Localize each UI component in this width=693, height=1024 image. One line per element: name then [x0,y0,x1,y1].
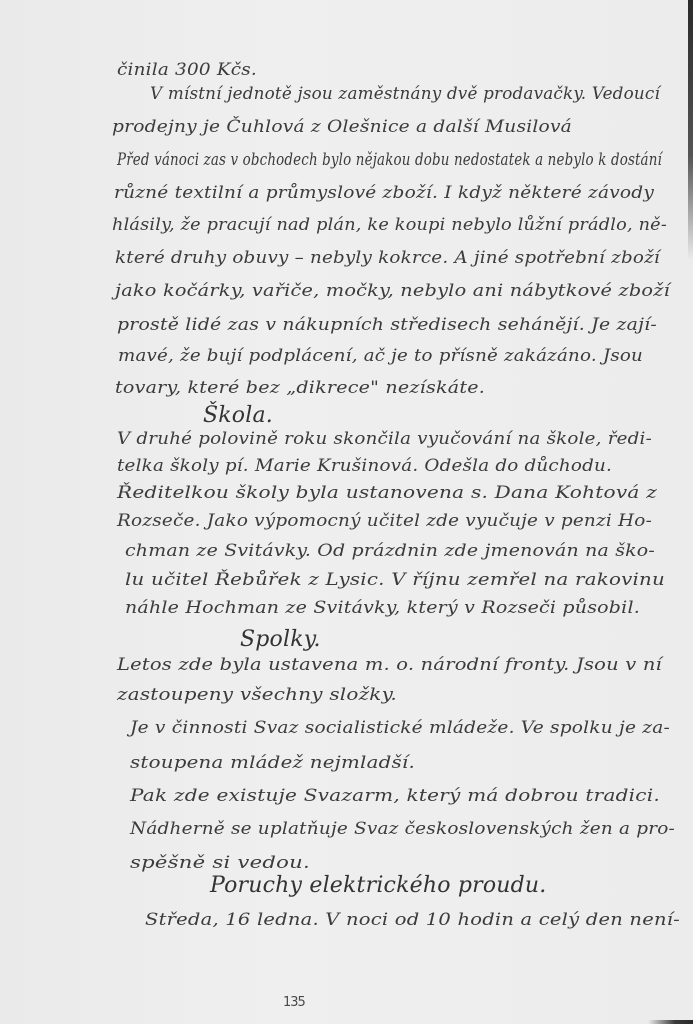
text-line: V místní jednotě jsou zaměstnány dvě pro… [150,84,660,104]
text-line: V druhé polovině roku skončila vyučování… [117,429,652,449]
page-edge-shadow [688,0,693,260]
text-line: různé textilní a průmyslové zboží. I kdy… [114,183,654,203]
text-line: náhle Hochman ze Svitávky, který v Rozse… [125,598,640,618]
document-page: činila 300 Kčs.V místní jednotě jsou zam… [0,0,693,1024]
text-line: Pak zde existuje Svazarm, který má dobro… [130,786,660,806]
text-line: zastoupeny všechny složky. [117,685,397,705]
text-line: Letos zde byla ustavena m. o. národní fr… [117,655,662,675]
text-line: mavé, že bují podplácení, ač je to přísn… [118,346,643,366]
page-number: 135 [283,995,305,1010]
section-heading: Škola. [203,403,273,428]
text-line: spěšně si vedou. [130,853,310,873]
text-line: Ředitelkou školy byla ustanovena s. Dana… [117,483,657,503]
text-line: stoupena mládež nejmladší. [130,753,415,773]
text-line: prostě lidé zas v nákupních středisech s… [117,315,657,335]
section-heading: Spolky. [240,627,321,652]
text-line: činila 300 Kčs. [117,60,257,80]
text-line: chman ze Svitávky. Od prázdnin zde jmeno… [125,541,655,561]
section-heading: Poruchy elektrického proudu. [210,873,547,898]
text-line: Středa, 16 ledna. V noci od 10 hodin a c… [145,910,680,930]
text-line: Je v činnosti Svaz socialistické mládeže… [130,718,670,738]
text-line: které druhy obuvy – nebyly kokrce. A jin… [115,248,660,268]
text-line: tovary, které bez „dikrece" nezískáte. [115,378,485,398]
text-line: jako kočárky, vařiče, močky, nebylo ani … [115,281,670,301]
text-line: Rozseče. Jako výpomocný učitel zde vyuču… [117,511,652,531]
text-line: Před vánoci zas v obchodech bylo nějakou… [117,150,662,170]
text-line: hlásily, že pracují nad plán, ke koupi n… [112,215,667,235]
text-line: lu učitel Řebůřek z Lysic. V říjnu zemře… [125,570,665,590]
text-line: prodejny je Čuhlová z Olešnice a další M… [112,117,572,137]
text-line: telka školy pí. Marie Krušinová. Odešla … [117,456,612,476]
page-corner-shadow [648,1020,693,1024]
text-line: Nádherně se uplatňuje Svaz československ… [130,819,675,839]
